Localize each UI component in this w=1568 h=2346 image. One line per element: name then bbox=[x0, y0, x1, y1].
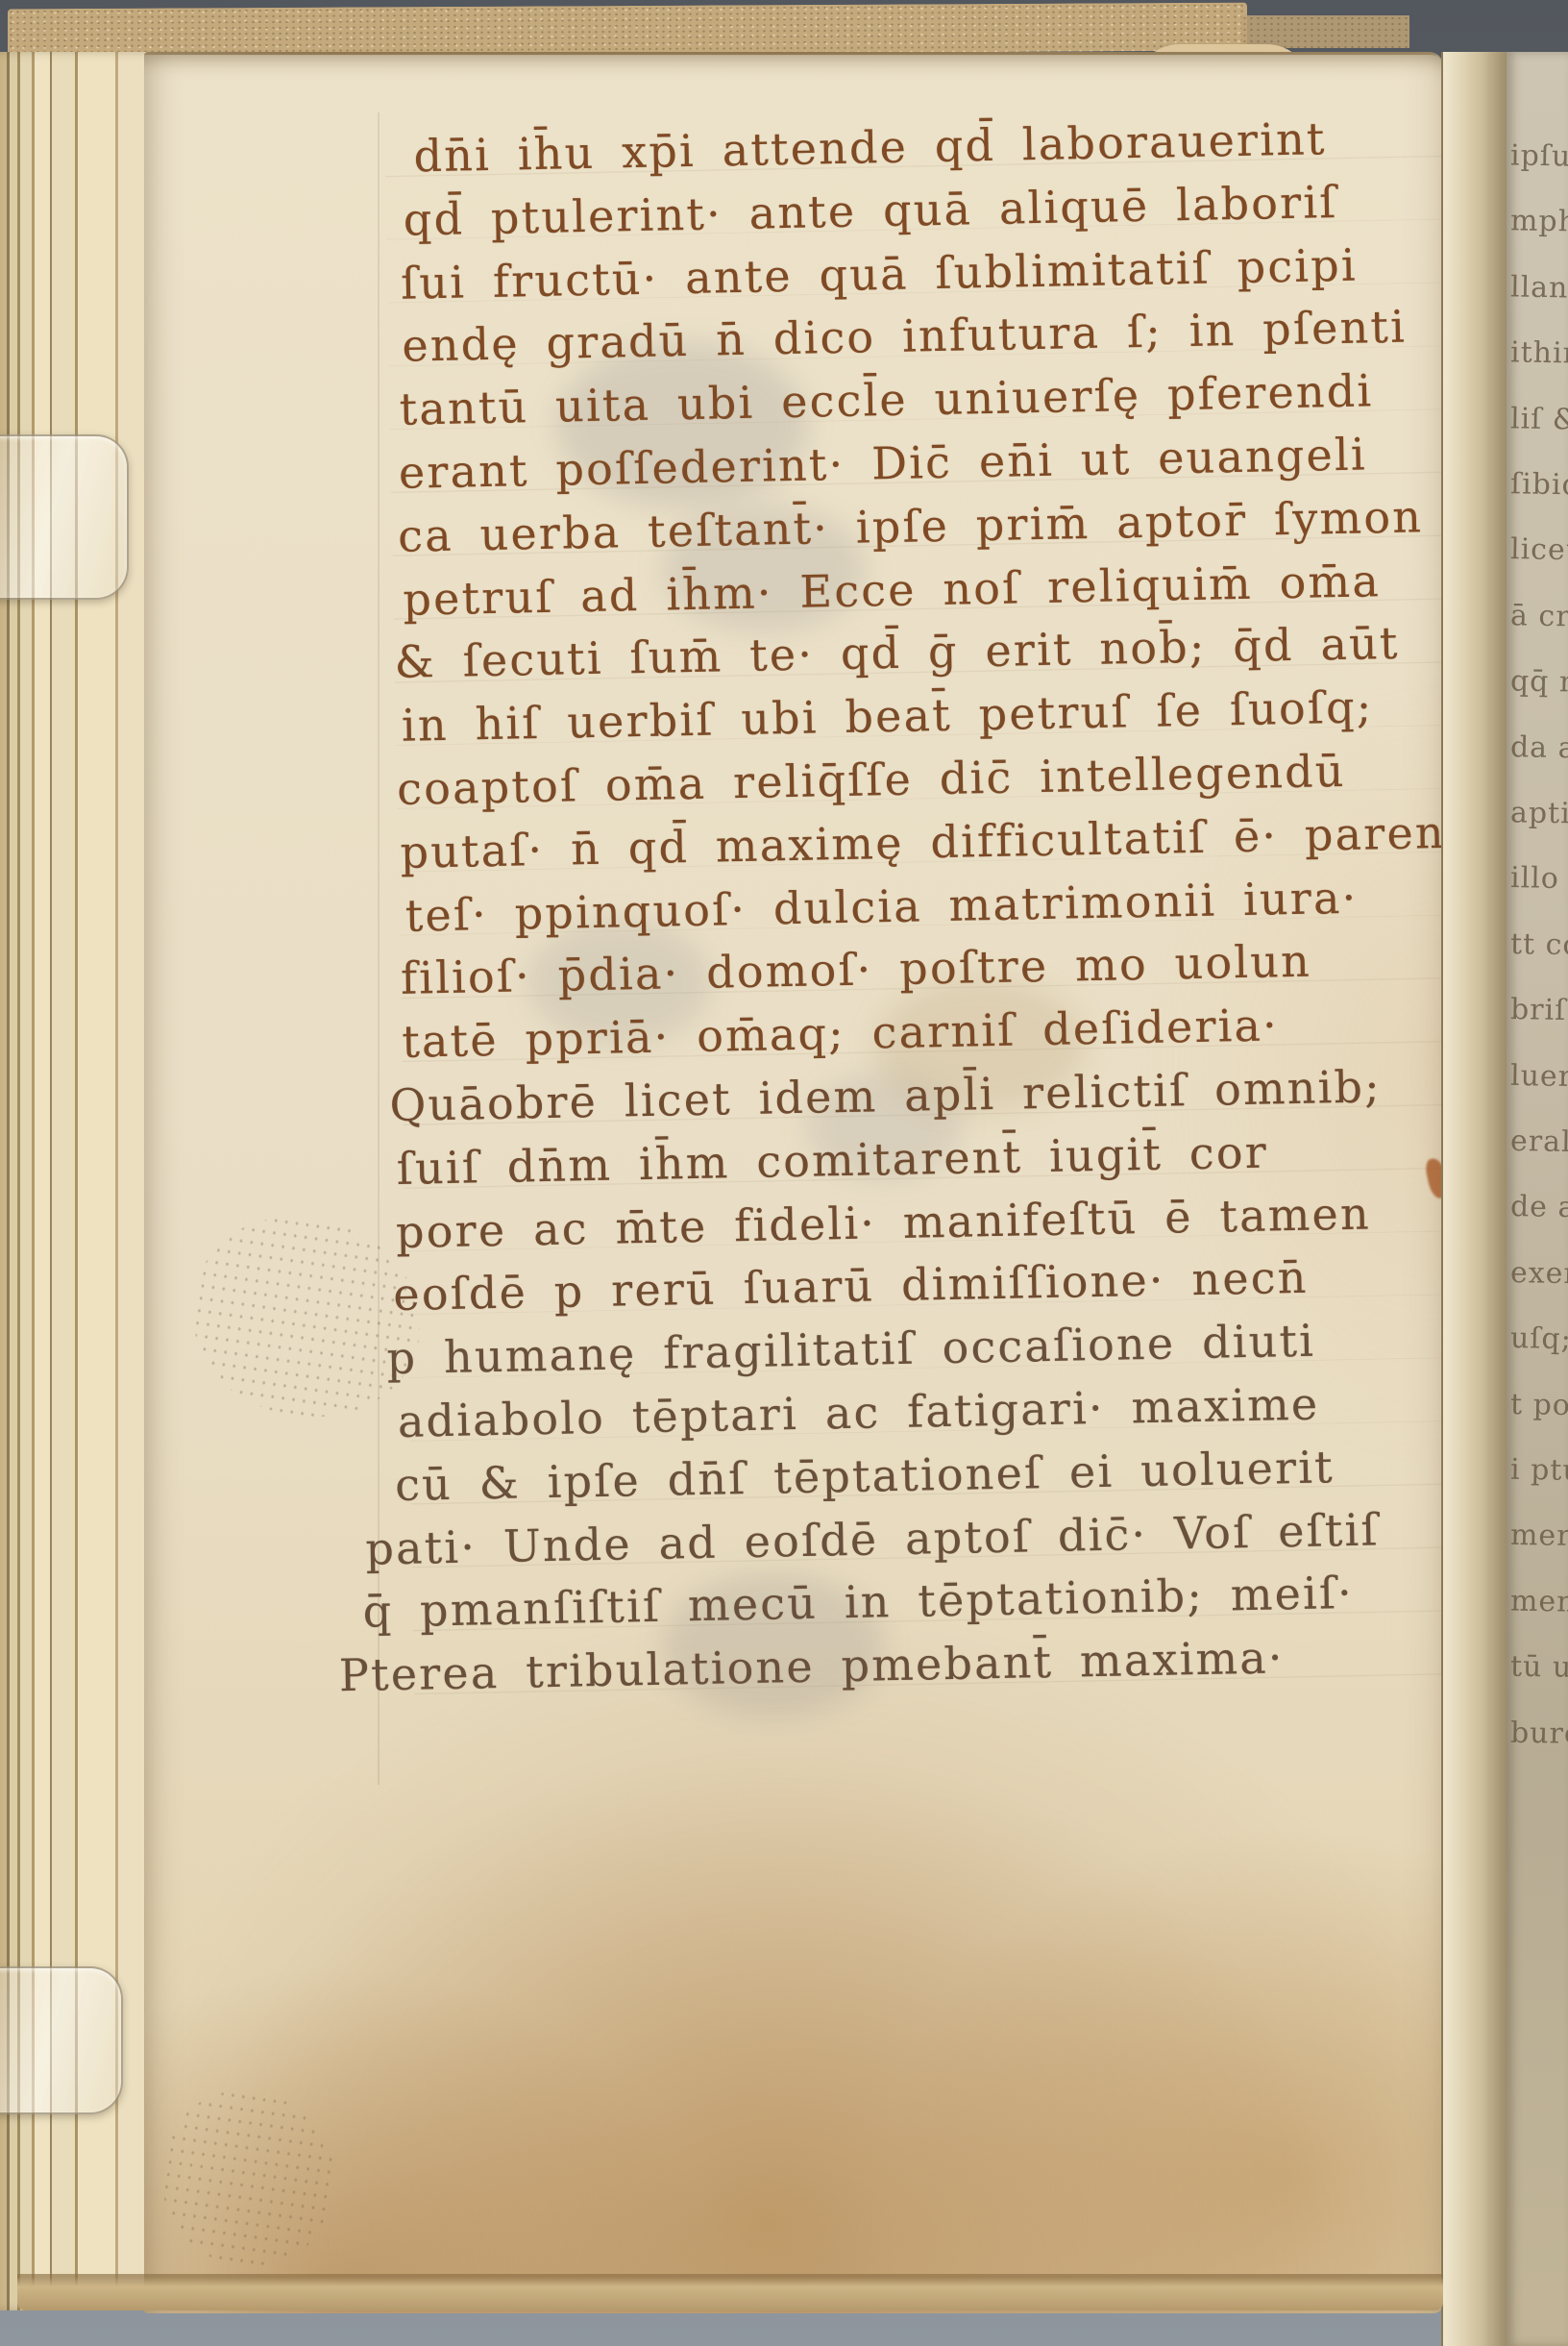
edge-fragment: briſ ſui bbox=[1510, 994, 1568, 1028]
speckle-patch bbox=[152, 2081, 347, 2276]
edge-fragment: qq̄ n bbox=[1510, 665, 1568, 699]
edge-fragment: menſ· inſol bbox=[1510, 1585, 1568, 1620]
transparent-clip-bottom bbox=[0, 1966, 123, 2114]
edge-fragment: liſ & bbox=[1510, 403, 1568, 436]
edge-fragment: tū ulli tēp bbox=[1510, 1651, 1568, 1687]
edge-fragment: de aliq̄ bbox=[1510, 1191, 1568, 1225]
book-bottom-edge bbox=[17, 2274, 1443, 2310]
transparent-clip-top bbox=[0, 434, 129, 600]
text-block: dn̄i ih̄u xp̄i attende qd̄ laborauerint … bbox=[384, 105, 1500, 1706]
edge-fragment: llan· bbox=[1510, 271, 1568, 305]
edge-fragment: da aſt bbox=[1510, 731, 1568, 766]
edge-fragment: ithin bbox=[1510, 336, 1568, 370]
book-top-edge-right bbox=[1241, 15, 1409, 48]
edge-fragment: meriſ tri bbox=[1510, 1519, 1568, 1554]
edge-fragment: uſq; ca bbox=[1510, 1322, 1568, 1357]
next-leaf-edge: ipſu mphe llan· ithin liſ & ſibiq; licet… bbox=[1507, 52, 1568, 2346]
edge-fragment: luerand bbox=[1510, 1060, 1568, 1095]
manuscript-photo: dn̄i ih̄u xp̄i attende qd̄ laborauerint … bbox=[0, 0, 1568, 2346]
edge-fragment: ſibiq; bbox=[1510, 468, 1568, 502]
edge-fragment: exempl bbox=[1510, 1257, 1568, 1292]
edge-fragment: eralet d bbox=[1510, 1125, 1568, 1160]
fore-edge bbox=[1441, 52, 1508, 2346]
book-top-edge bbox=[8, 3, 1247, 58]
edge-fragment: t poſt n bbox=[1510, 1389, 1568, 1423]
edge-fragment: i ptulerit bbox=[1510, 1454, 1568, 1489]
edge-fragment: illo q̄ p bbox=[1510, 862, 1568, 897]
manuscript-page: dn̄i ih̄u xp̄i attende qd̄ laborauerint … bbox=[144, 52, 1443, 2313]
edge-fragment: bure poſſ bbox=[1510, 1717, 1568, 1753]
edge-fragment: mphe bbox=[1510, 205, 1568, 239]
edge-fragment: tt colle bbox=[1510, 928, 1568, 963]
edge-fragment: ā cre bbox=[1510, 600, 1568, 633]
edge-fragment: licet d bbox=[1510, 533, 1568, 568]
edge-fragment: ipſu bbox=[1510, 139, 1568, 173]
edge-fragment: apti ſ bbox=[1510, 797, 1568, 830]
